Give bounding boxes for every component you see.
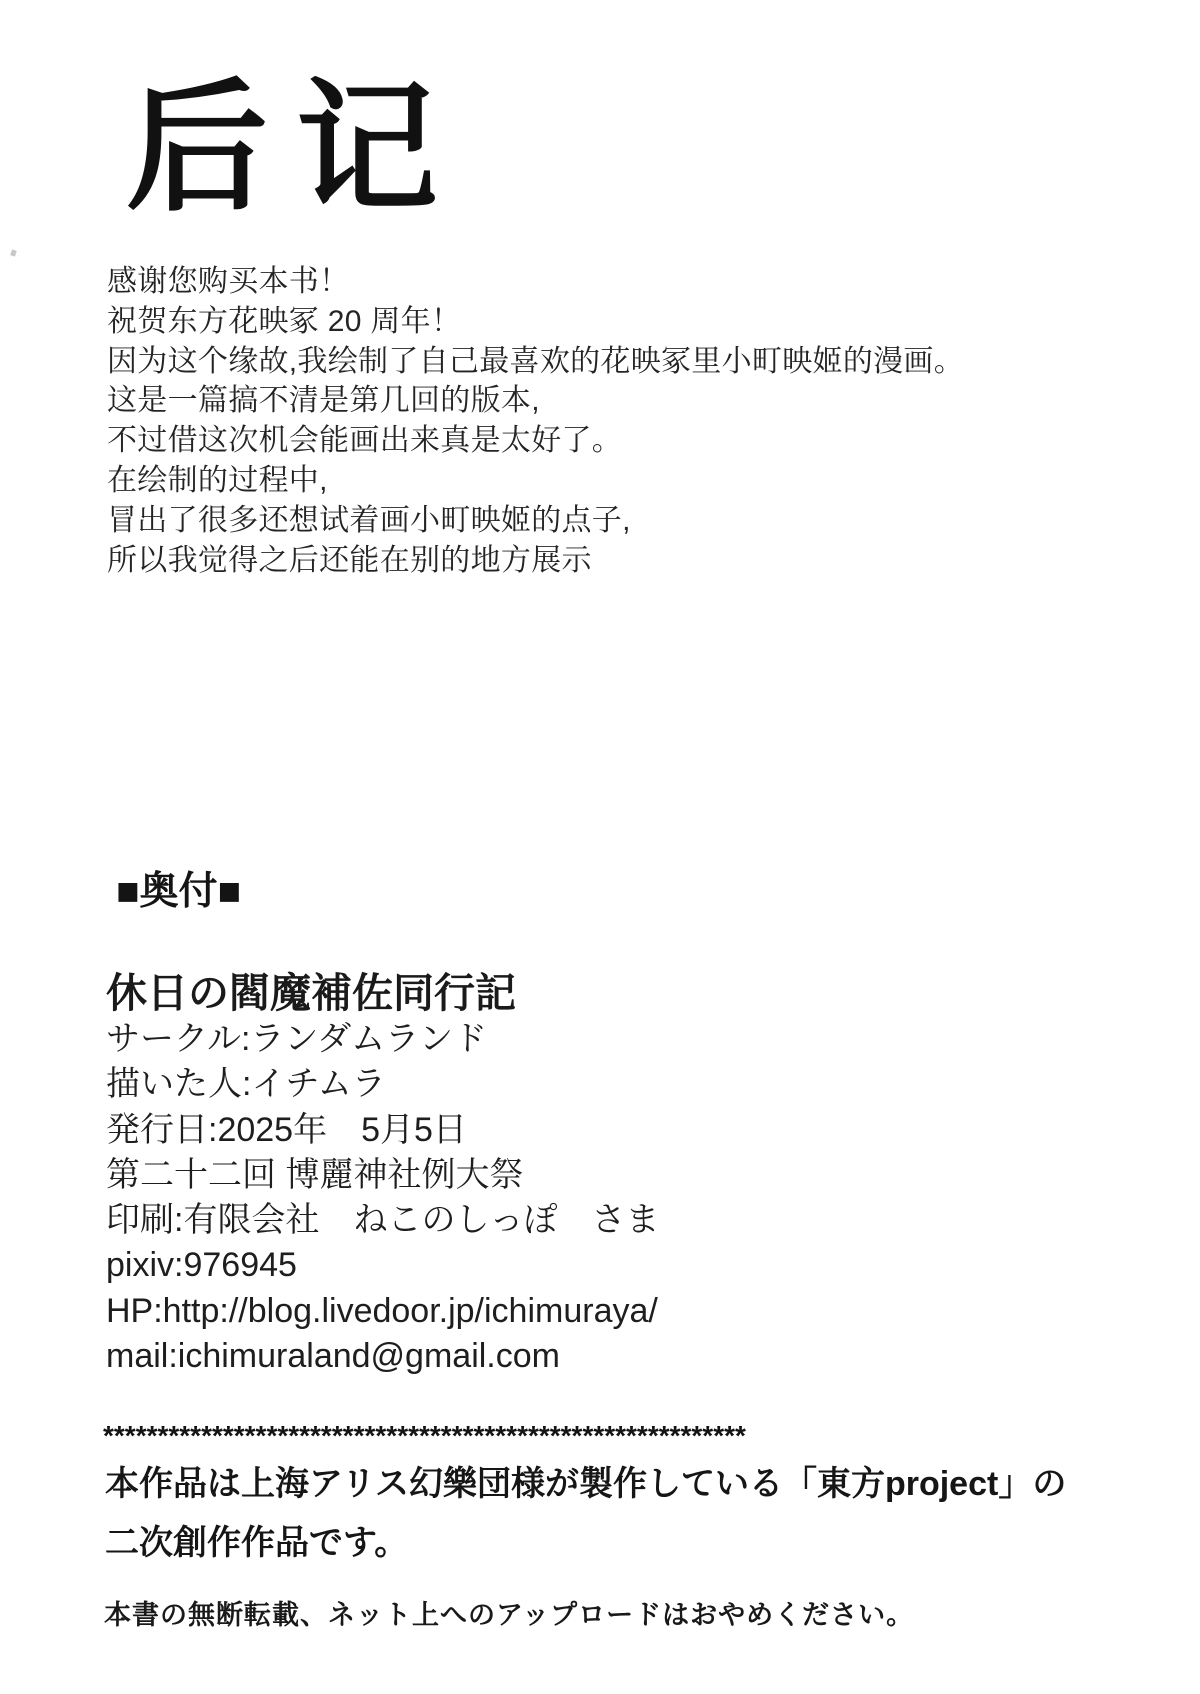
printer-line: 印刷:有限会社 ねこのしっぽ さま bbox=[106, 1198, 659, 1243]
afterword-text: 感谢您购买本书！ 祝贺东方花映冢 20 周年！ 因为这个缘故,我绘制了自己最喜欢… bbox=[107, 262, 964, 580]
publish-date-line: 発行日:2025年 5月5日 bbox=[106, 1108, 659, 1153]
homepage-url-line: HP:http://blog.livedoor.jp/ichimuraya/ bbox=[106, 1289, 659, 1334]
colophon-header: ■奥付■ bbox=[116, 860, 241, 916]
afterword-line: 在绘制的过程中, bbox=[107, 461, 964, 501]
afterword-line: 祝贺东方花映冢 20 周年！ bbox=[107, 302, 964, 342]
afterword-line: 感谢您购买本书！ bbox=[107, 262, 964, 302]
colophon-details: サークル:ランダムランド 描いた人:イチムラ 発行日:2025年 5月5日 第二… bbox=[106, 1017, 659, 1379]
book-title: 休日の閻魔補佐同行記 bbox=[106, 960, 516, 1019]
no-reupload-warning: 本書の無断転載、ネット上へのアップロードはおやめください。 bbox=[104, 1593, 914, 1632]
page-title: 后记 bbox=[126, 74, 466, 223]
divider-stars: ****************************************… bbox=[103, 1420, 746, 1452]
copyright-disclaimer-line: 本作品は上海アリス幻樂団様が製作している「東方project」の bbox=[105, 1456, 1066, 1505]
afterword-line: 因为这个缘故,我绘制了自己最喜欢的花映冢里小町映姬的漫画。 bbox=[107, 342, 964, 382]
scan-artifact bbox=[10, 249, 17, 256]
afterword-line: 所以我觉得之后还能在别的地方展示 bbox=[107, 541, 964, 581]
afterword-line: 不过借这次机会能画出来真是太好了。 bbox=[107, 421, 964, 461]
email-line: mail:ichimuraland@gmail.com bbox=[106, 1334, 659, 1379]
event-name-line: 第二十二回 博麗神社例大祭 bbox=[106, 1153, 659, 1198]
pixiv-id-line: pixiv:976945 bbox=[106, 1243, 659, 1288]
circle-name-line: サークル:ランダムランド bbox=[106, 1017, 659, 1062]
artist-name-line: 描いた人:イチムラ bbox=[106, 1062, 659, 1107]
afterword-page: 后记 感谢您购买本书！ 祝贺东方花映冢 20 周年！ 因为这个缘故,我绘制了自己… bbox=[0, 0, 1200, 1694]
afterword-line: 冒出了很多还想试着画小町映姬的点子, bbox=[107, 501, 964, 541]
afterword-line: 这是一篇搞不清是第几回的版本, bbox=[107, 381, 964, 421]
copyright-disclaimer-line: 二次創作作品です。 bbox=[105, 1515, 408, 1564]
